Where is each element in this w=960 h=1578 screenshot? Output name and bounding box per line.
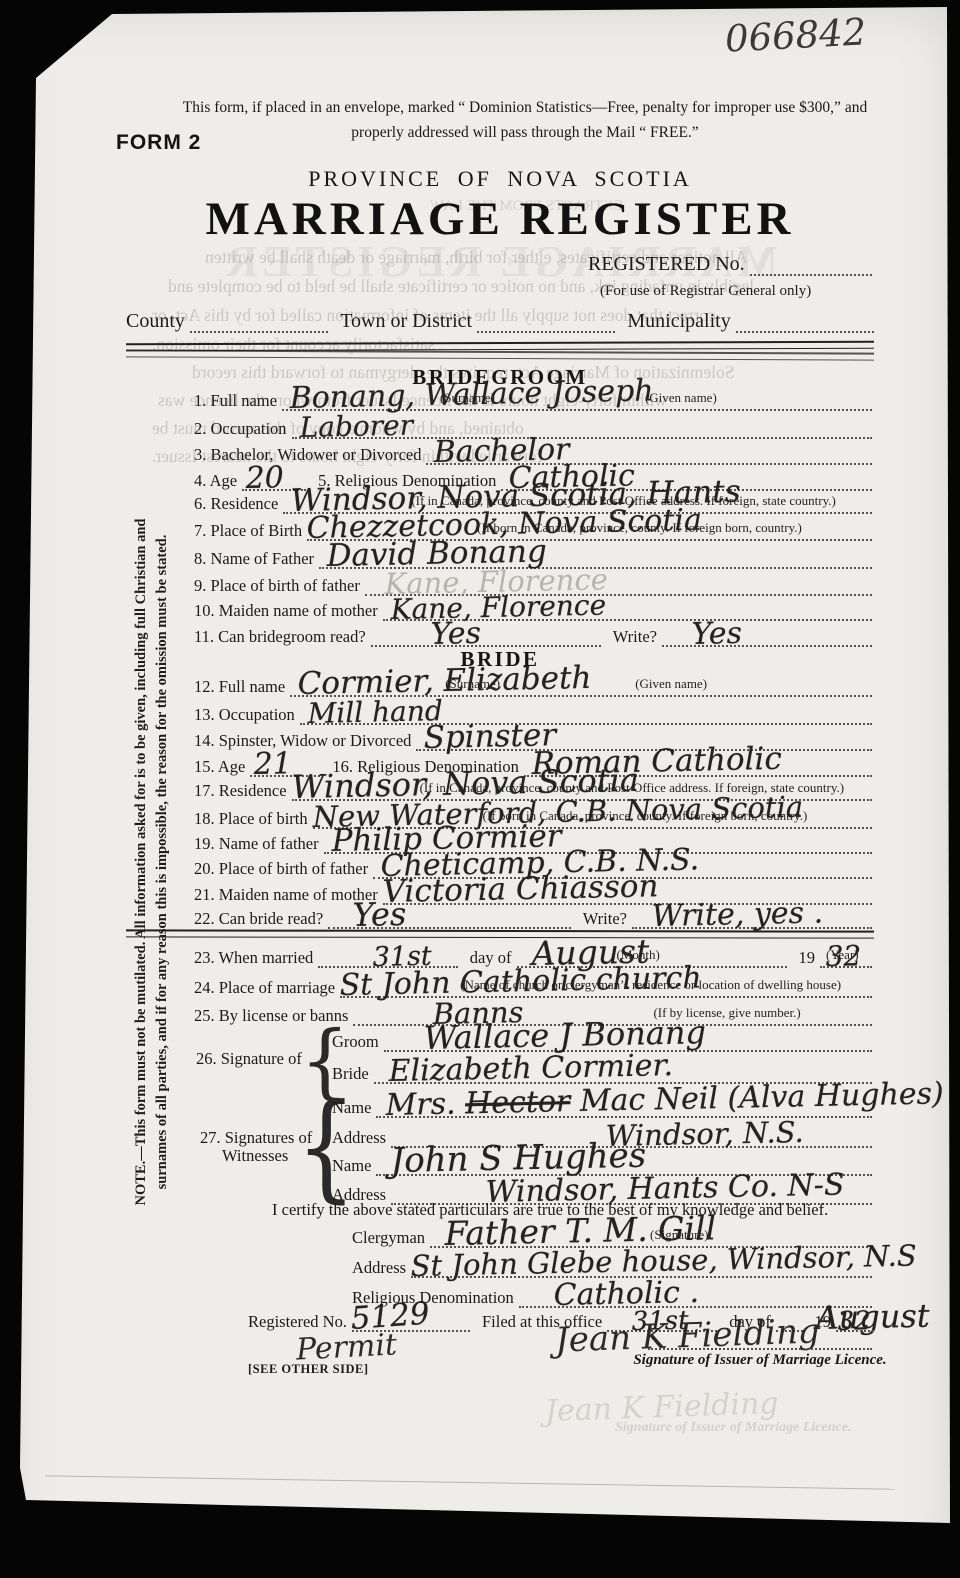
field-label: 14. Spinster, Widow or Divorced: [194, 731, 416, 751]
field-label: 9. Place of birth of father: [194, 576, 365, 596]
field-line: 32: [836, 1308, 874, 1332]
field-line: St John Glebe house, Windsor, N.S: [411, 1254, 872, 1278]
margin-note-line1: NOTE.—This form must not be mutilated. A…: [131, 512, 152, 1212]
field-row-place-of-marriage: 24. Place of marriage St John Catholic c…: [194, 976, 872, 998]
field-line: Yes: [328, 905, 571, 929]
handwritten-value: Kane, Florence: [390, 588, 606, 626]
province-heading: PROVINCE OF NOVA SCOTIA: [180, 166, 820, 192]
signature-of-label: 26. Signature of: [196, 1049, 302, 1069]
county-label: County: [126, 310, 190, 333]
field-label: 4. Age: [194, 471, 242, 491]
witness1-rest: Mac Neil (Alva Hughes): [580, 1076, 945, 1119]
margin-note-line2: surnames of all parties, and if for any …: [152, 512, 173, 1212]
write-label: Write?: [601, 627, 662, 647]
field-line: Yes: [371, 623, 601, 647]
registered-no-label: Registered No.: [248, 1312, 352, 1332]
field-line: Bonang, Wallace Joseph (Surname) (Given …: [282, 387, 872, 411]
field-line: Yes: [662, 623, 872, 647]
field-row-groom-literacy: 11. Can bridegroom read? Yes Write? Yes: [194, 625, 872, 647]
groom-label: Groom: [332, 1032, 384, 1052]
handwritten-value: Write, yes .: [651, 895, 823, 934]
page-title: MARRIAGE REGISTER: [180, 192, 820, 246]
town-line: [477, 307, 615, 333]
field-row-groom-full-name: 1. Full name Bonang, Wallace Joseph (Sur…: [194, 389, 872, 411]
field-label: 22. Can bride read?: [194, 909, 328, 929]
handwritten-value: Laborer: [299, 409, 413, 444]
handwritten-value: Victoria Chiasson: [382, 868, 659, 910]
field-label: 6. Residence: [194, 494, 283, 514]
address-label: Address: [352, 1258, 411, 1278]
divider-double-rule: [126, 929, 874, 938]
field-label: 19. Name of father: [194, 834, 324, 854]
clergyman-label: Clergyman: [352, 1228, 430, 1248]
given-name-caption: (Given name): [635, 676, 707, 692]
year-prefix: 19: [787, 948, 821, 968]
county-row: County Town or District Municipality: [126, 309, 874, 333]
registered-no-label: REGISTERED No.: [588, 253, 750, 276]
mailing-notice-line2: properly addressed will pass through the…: [170, 121, 880, 146]
field-label: 17. Residence: [194, 781, 292, 801]
field-label: 18. Place of birth: [194, 809, 313, 829]
surname-caption: (Surname): [445, 676, 500, 692]
field-row-bride-literacy: 22. Can bride read? Yes Write? Write, ye…: [194, 907, 872, 929]
form-number: FORM 2: [116, 131, 201, 155]
field-line: 32 (Year): [820, 944, 872, 968]
witnesses-label-line2: Witnesses: [222, 1146, 288, 1166]
field-label: 12. Full name: [194, 677, 290, 697]
field-row-clergyman-address: Address St John Glebe house, Windsor, N.…: [352, 1256, 872, 1278]
field-label: 3. Bachelor, Widower or Divorced: [194, 445, 426, 465]
field-label: 13. Occupation: [194, 705, 300, 725]
town-label: Town or District: [328, 310, 477, 333]
mailing-notice: This form, if placed in an envelope, mar…: [170, 96, 880, 146]
field-line: St John Catholic church (Name of church …: [340, 974, 872, 998]
handwritten-value: 21: [254, 746, 293, 782]
field-label: 8. Name of Father: [194, 549, 319, 569]
write-label: Write?: [571, 909, 632, 929]
field-label: 20. Place of birth of father: [194, 859, 373, 879]
issuer-signature-line: [648, 1330, 872, 1350]
registered-no-row: REGISTERED No.: [588, 254, 872, 276]
mailing-notice-line1: This form, if placed in an envelope, mar…: [170, 96, 880, 121]
given-name-caption: (Given name): [645, 390, 717, 406]
year-caption: (Year): [826, 947, 859, 963]
field-label: 11. Can bridegroom read?: [194, 627, 371, 647]
surname-caption: (Surname): [440, 390, 495, 406]
issuer-signature-caption: Signature of Issuer of Marriage Licence.: [630, 1352, 890, 1369]
field-label: 10. Maiden name of mother: [194, 601, 383, 621]
municipality-label: Municipality: [615, 310, 735, 333]
county-line: [190, 307, 328, 333]
signature-caption: (Signature): [650, 1227, 708, 1243]
registered-no-line: [750, 252, 872, 276]
bleedthrough-signature-caption: Signature of Issuer of Marriage Licence.: [615, 1420, 851, 1436]
field-label: 2. Occupation: [194, 419, 292, 439]
name-label: Name: [332, 1098, 376, 1118]
scanned-paper: MARRIAGE REGISTER EXTRACTS FROM THE LAW …: [0, 0, 960, 1578]
field-label: 15. Age: [194, 757, 250, 777]
see-other-side-note: [SEE OTHER SIDE]: [248, 1362, 369, 1377]
field-row-groom-mother: 10. Maiden name of mother Kane, Florence: [194, 599, 872, 621]
field-label: 24. Place of marriage: [194, 978, 340, 998]
field-line: Cormier, Elizabeth (Surname) (Given name…: [290, 673, 872, 697]
field-label: 23. When married: [194, 948, 318, 968]
paper-fold-line: [45, 1475, 895, 1489]
field-line: 31st: [318, 944, 458, 968]
field-line: Write, yes .: [632, 905, 872, 929]
divider-double-rule: [126, 349, 874, 360]
address-label: Address: [332, 1128, 391, 1148]
municipality-line: [736, 307, 874, 333]
field-row-religious-denomination: Religious Denomination Catholic .: [352, 1286, 872, 1308]
field-row-bride-full-name: 12. Full name Cormier, Elizabeth (Surnam…: [194, 675, 872, 697]
registered-no-note: (For use of Registrar General only): [600, 283, 811, 300]
field-label: 7. Place of Birth: [194, 521, 307, 541]
field-line: Bachelor: [426, 441, 872, 465]
field-line: Mill hand: [300, 701, 872, 725]
field-line: Laborer: [292, 415, 872, 439]
place-caption: (Name of church or clergyman’s residence…: [460, 977, 841, 993]
field-label: 1. Full name: [194, 391, 282, 411]
serial-number: 066842: [724, 10, 867, 60]
margin-note: NOTE.—This form must not be mutilated. A…: [131, 512, 173, 1212]
handwritten-value: Yes: [352, 895, 406, 934]
witness1-struck-word: Hector: [465, 1084, 571, 1121]
witness1-prefix: Mrs.: [386, 1087, 457, 1123]
handwritten-value: 20: [245, 460, 284, 496]
name-label: Name: [332, 1156, 376, 1176]
